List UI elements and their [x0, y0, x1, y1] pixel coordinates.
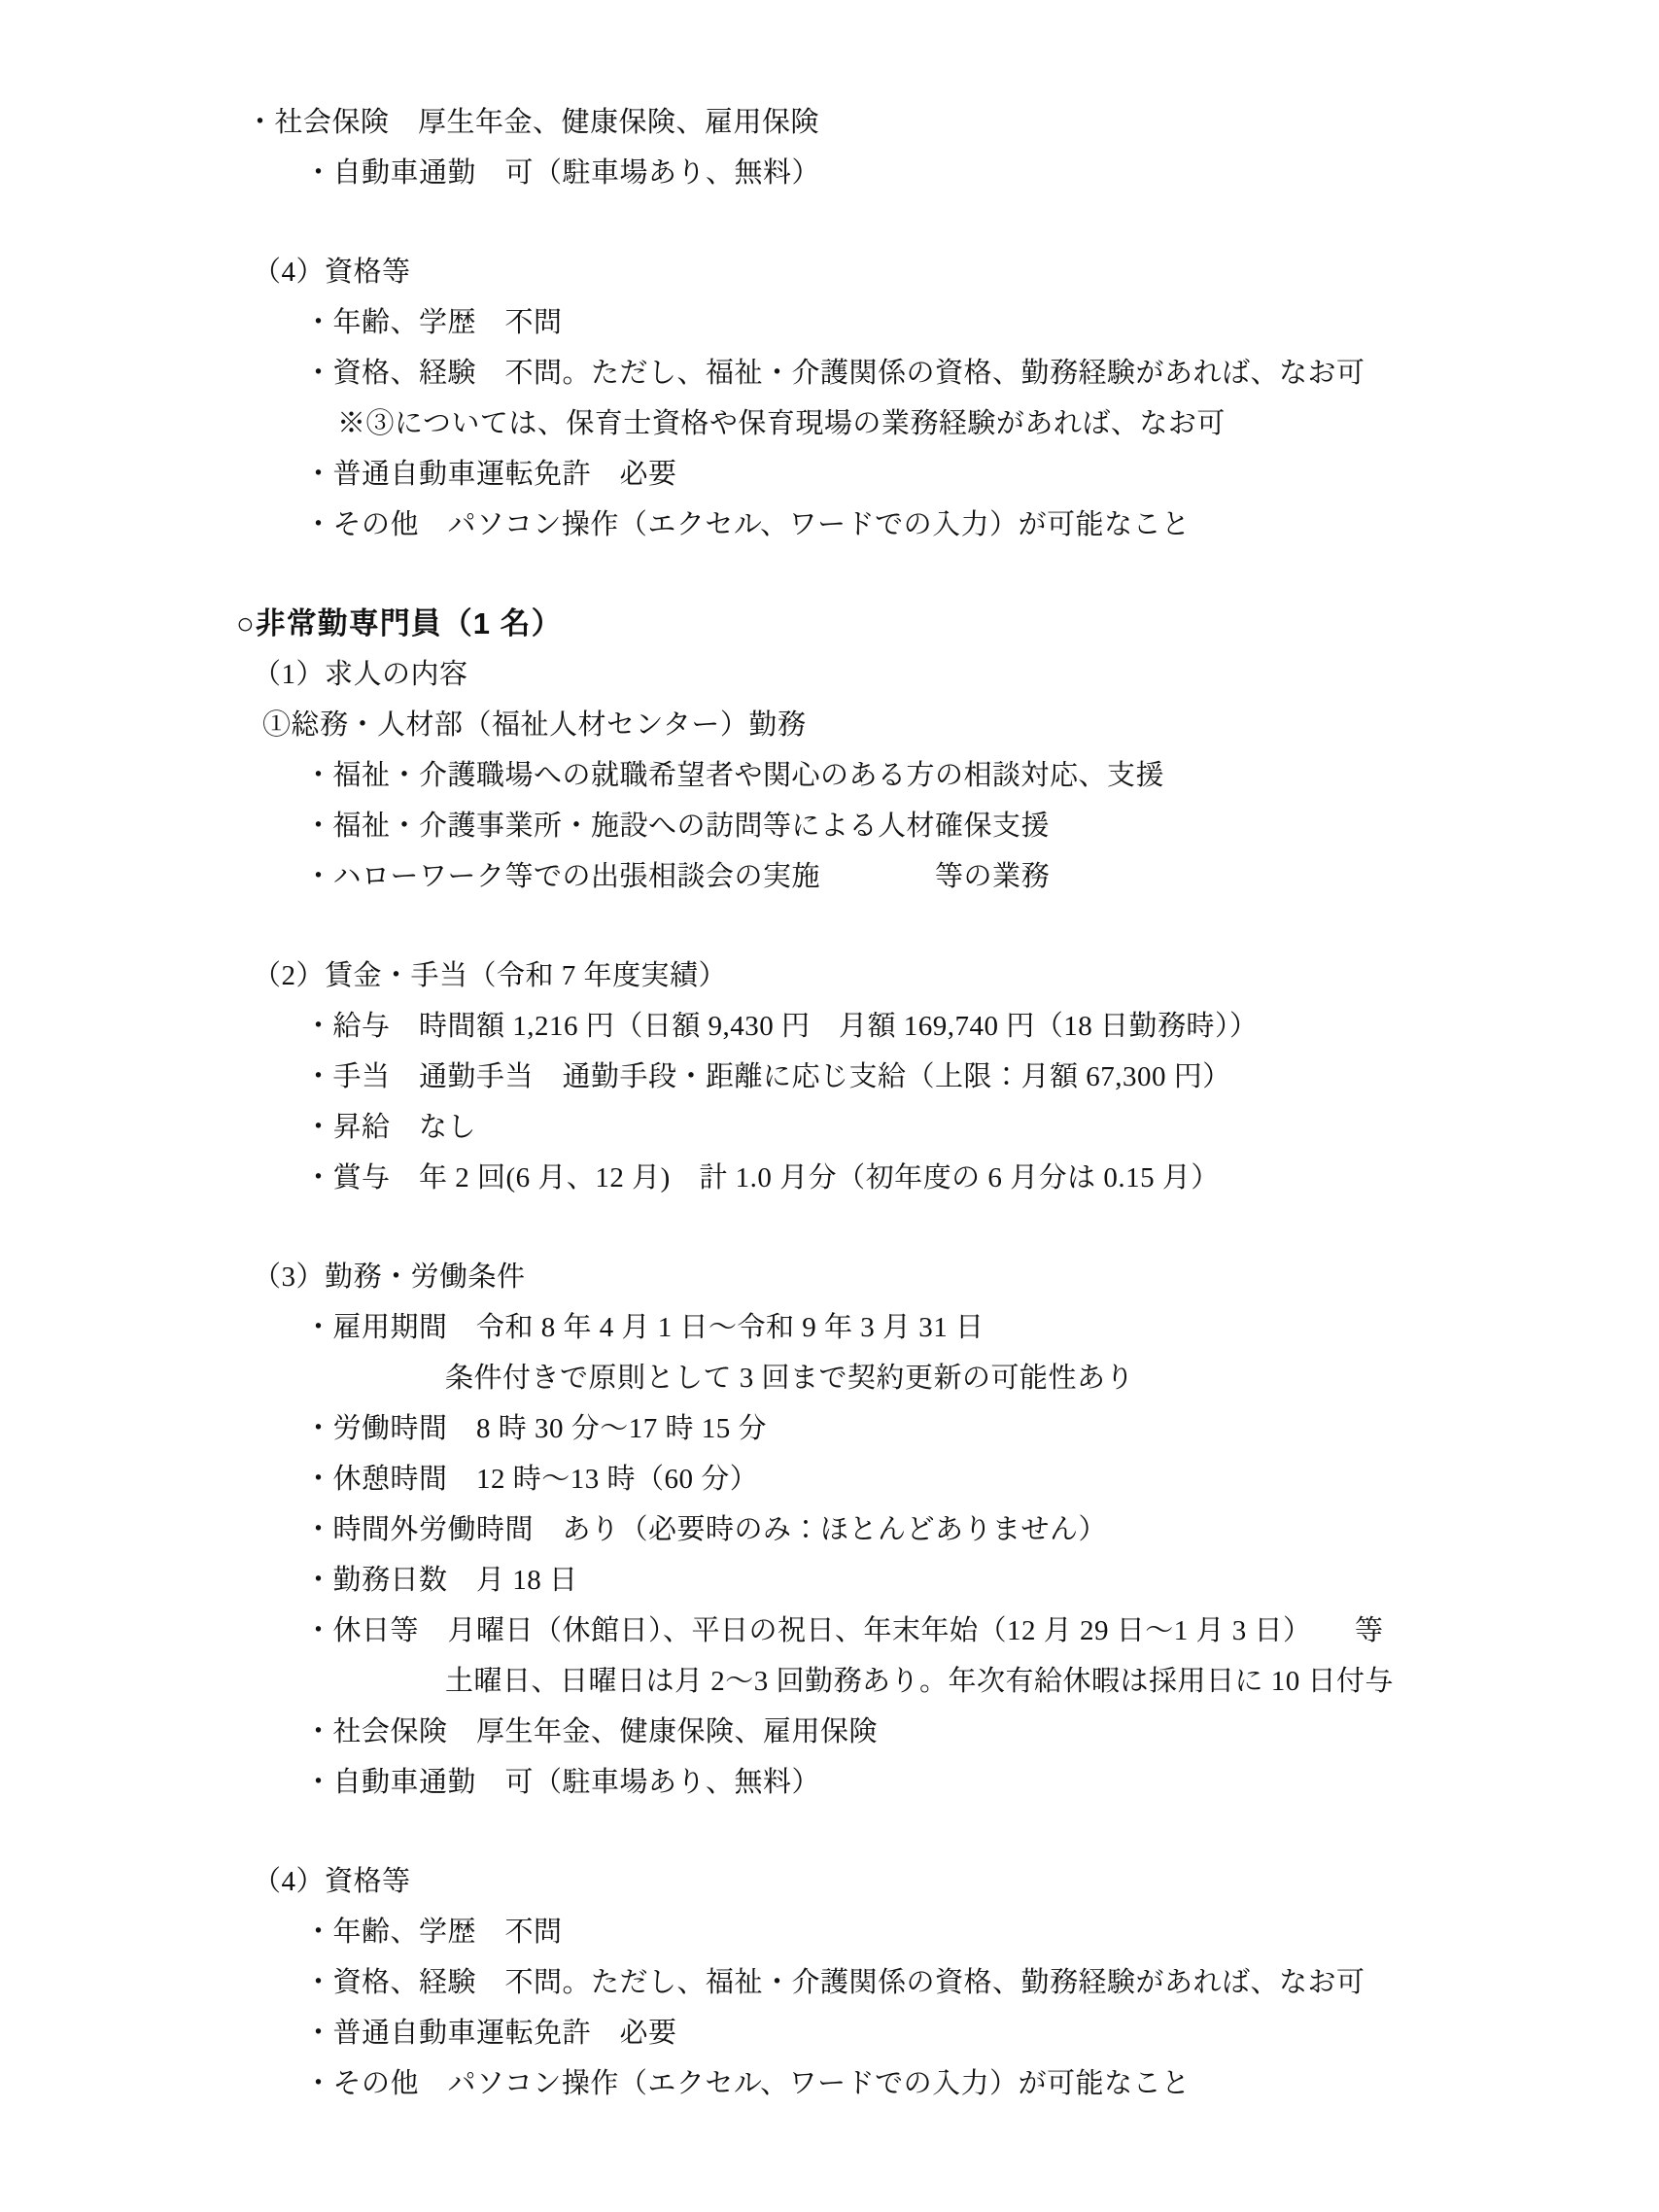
document-page: ・社会保険 厚生年金、健康保険、雇用保険・自動車通勤 可（駐車場あり、無料）（4…: [0, 0, 1659, 2212]
text-line: （1）求人の内容: [0, 649, 1659, 700]
text-line: （4）資格等: [0, 1856, 1659, 1907]
section-heading-line: ○非常勤専門員（1 名）: [0, 599, 1659, 649]
text-line: ・その他 パソコン操作（エクセル、ワードでの入力）が可能なこと: [0, 2058, 1659, 2109]
text-line: ・賞与 年 2 回(6 月、12 月) 計 1.0 月分（初年度の 6 月分は …: [0, 1153, 1659, 1203]
text-line: ・資格、経験 不問。ただし、福祉・介護関係の資格、勤務経験があれば、なお可: [0, 348, 1659, 398]
text-line: ・年齢、学歴 不問: [0, 297, 1659, 348]
text-line: ・社会保険 厚生年金、健康保険、雇用保険: [0, 1707, 1659, 1757]
text-line: ①総務・人材部（福祉人材センター）勤務: [0, 700, 1659, 750]
text-line: ・手当 通勤手当 通勤手段・距離に応じ支給（上限：月額 67,300 円）: [0, 1052, 1659, 1102]
text-line: ・普通自動車運転免許 必要: [0, 449, 1659, 500]
text-line: ・その他 パソコン操作（エクセル、ワードでの入力）が可能なこと: [0, 500, 1659, 550]
text-line: ・休憩時間 12 時～13 時（60 分）: [0, 1454, 1659, 1504]
text-line: ・社会保険 厚生年金、健康保険、雇用保険: [0, 97, 1659, 148]
text-line: ・普通自動車運転免許 必要: [0, 2008, 1659, 2058]
document-content: ・社会保険 厚生年金、健康保険、雇用保険・自動車通勤 可（駐車場あり、無料）（4…: [0, 97, 1659, 2109]
text-line: ・休日等 月曜日（休館日）、平日の祝日、年末年始（12 月 29 日～1 月 3…: [0, 1606, 1659, 1656]
text-line: ・昇給 なし: [0, 1102, 1659, 1153]
text-line: ・自動車通勤 可（駐車場あり、無料）: [0, 1757, 1659, 1808]
text-line: ・資格、経験 不問。ただし、福祉・介護関係の資格、勤務経験があれば、なお可: [0, 1957, 1659, 2008]
text-line: 土曜日、日曜日は月 2～3 回勤務あり。年次有給休暇は採用日に 10 日付与: [0, 1656, 1659, 1707]
text-line: ・給与 時間額 1,216 円（日額 9,430 円 月額 169,740 円（…: [0, 1001, 1659, 1052]
text-line: （4）資格等: [0, 247, 1659, 297]
text-line: ・労働時間 8 時 30 分～17 時 15 分: [0, 1403, 1659, 1454]
text-line: ・時間外労働時間 あり（必要時のみ：ほとんどありません）: [0, 1504, 1659, 1555]
text-line: ・福祉・介護事業所・施設への訪問等による人材確保支援: [0, 801, 1659, 851]
text-line: ・自動車通勤 可（駐車場あり、無料）: [0, 148, 1659, 198]
text-line: 条件付きで原則として 3 回まで契約更新の可能性あり: [0, 1353, 1659, 1403]
text-line: ・雇用期間 令和 8 年 4 月 1 日～令和 9 年 3 月 31 日: [0, 1302, 1659, 1353]
text-line: ・ハローワーク等での出張相談会の実施 等の業務: [0, 851, 1659, 902]
text-line: ・勤務日数 月 18 日: [0, 1555, 1659, 1606]
text-line: ・福祉・介護職場への就職希望者や関心のある方の相談対応、支援: [0, 750, 1659, 801]
text-line: （2）賃金・手当（令和 7 年度実績）: [0, 950, 1659, 1001]
text-line: （3）勤務・労働条件: [0, 1252, 1659, 1302]
text-line: ・年齢、学歴 不問: [0, 1907, 1659, 1957]
text-line: ※③については、保育士資格や保育現場の業務経験があれば、なお可: [0, 398, 1659, 449]
